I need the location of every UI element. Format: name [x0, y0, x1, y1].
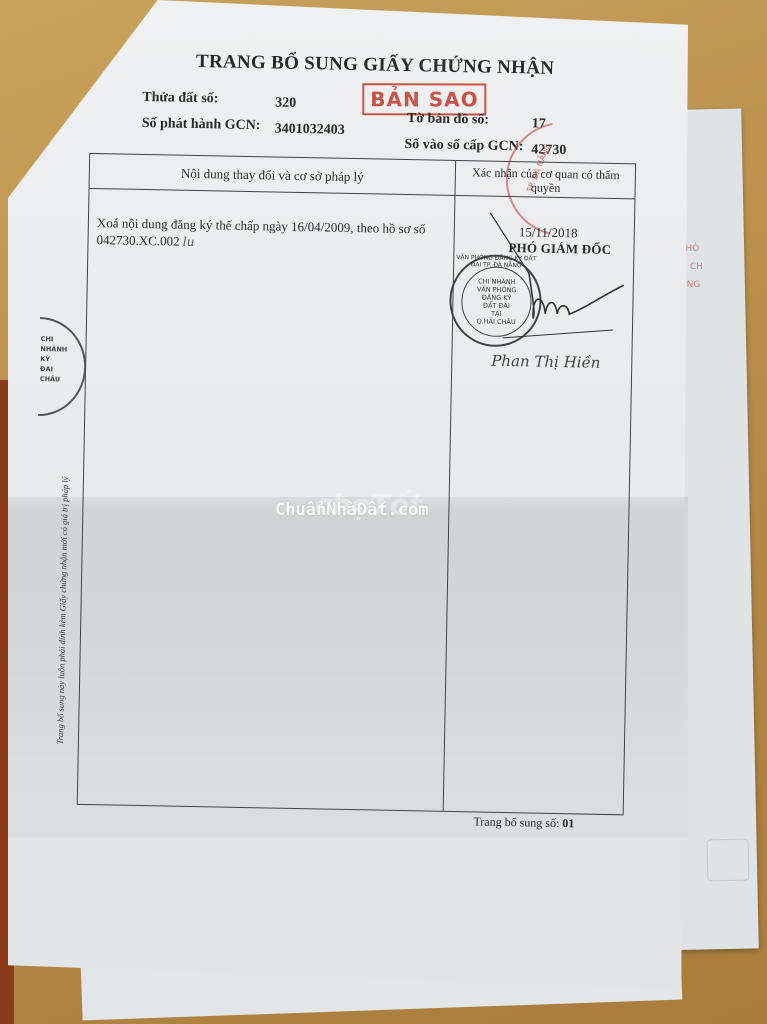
registry-label: Số vào sổ cấp GCN: [404, 137, 523, 155]
left-seal-line: CHÂU [40, 375, 60, 383]
watermark: ChuẩnNhàĐất.com [275, 500, 429, 520]
certificate-issue-label: Số phát hành GCN: [142, 116, 261, 134]
parcel-number: 320 [275, 95, 296, 111]
supplement-page-number: Trang bổ sung số: 01 [473, 814, 574, 831]
vertical-legal-note: Trang bổ sung này luôn phải đính kèm Giấ… [55, 414, 71, 744]
change-description: Xoá nội dung đăng ký thế chấp ngày 16/04… [96, 215, 425, 249]
certificate-issue-number: 3401032403 [275, 121, 345, 138]
initials: lu [183, 235, 195, 249]
left-seal-line: ĐAI [40, 365, 53, 373]
left-seal-text: CHI NHÁNH KÝ ĐAI CHÂU [40, 334, 68, 385]
signer-name: Phan Thị Hiền [491, 352, 600, 372]
left-seal-line: NHÁNH [40, 345, 67, 354]
left-seal-line: CHI [41, 335, 54, 343]
left-seal-line: KÝ [40, 355, 50, 363]
map-sheet-label: Tờ bản đồ số: [407, 111, 489, 129]
page-label: Trang bổ sung số: [473, 814, 559, 830]
table-header-confirmation: Xác nhận của cơ quan có thẩm quyền [460, 165, 633, 196]
page-number: 01 [562, 816, 574, 830]
document-title: TRANG BỔ SUNG GIẤY CHỨNG NHẬN [196, 51, 555, 80]
signature-icon [473, 212, 635, 345]
table-row-content: Xoá nội dung đăng ký thế chấp ngày 16/04… [96, 214, 447, 256]
parcel-number-label: Thửa đất số: [142, 90, 218, 107]
